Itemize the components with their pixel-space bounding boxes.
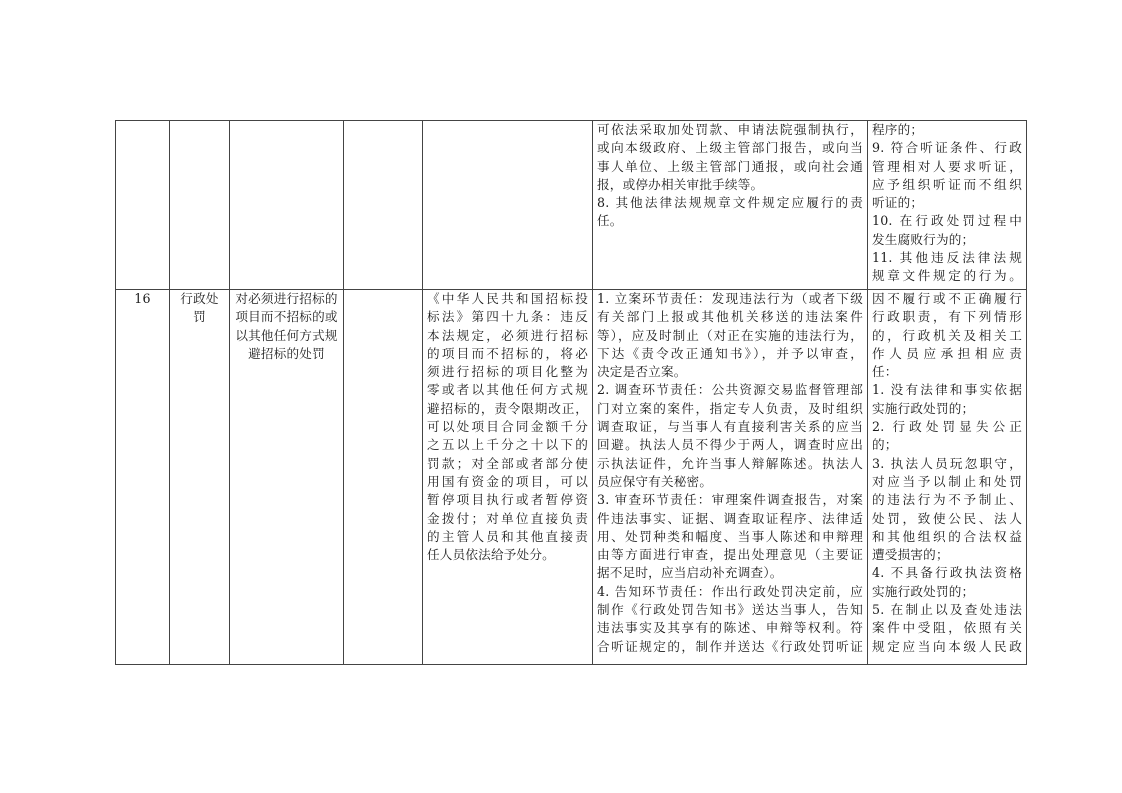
text-line: 因不履行或不正确履行 — [872, 290, 1022, 308]
table-row-continued: 可依法采取加处罚款、申请法院强制执行， 或向本级政府、上级主管部门报告，或向当 … — [116, 121, 1027, 290]
text-line: 行政职责，有下列情形 — [872, 308, 1022, 326]
text-line: 件违法事实、证据、调查取证程序、法律适 — [597, 510, 863, 528]
text-line: 暂停项目执行或者暂停资 — [427, 491, 588, 509]
text-line: 《中华人民共和国招标投 — [427, 290, 588, 308]
cell-accountability: 程序的； 9. 符合听证条件、行政 管理相对人要求听证， 应予组织听证而不组织 … — [868, 121, 1027, 290]
text-line: 用国有资金的项目，可以 — [427, 473, 588, 491]
table-row-16: 16 行政处罚 对必须进行招标的项目而不招标的或以其他任何方式规避招标的处罚 《… — [116, 290, 1027, 665]
responsibility-table: 可依法采取加处罚款、申请法院强制执行， 或向本级政府、上级主管部门报告，或向当 … — [115, 120, 1027, 665]
text-line: 作人员应承担相应责 — [872, 345, 1022, 363]
text-line: 3. 审查环节责任：审理案件调查报告，对案 — [597, 491, 863, 509]
text-line: 下达《责令改正通知书》），并予以审查， — [597, 345, 863, 363]
cell-responsibility: 可依法采取加处罚款、申请法院强制执行， 或向本级政府、上级主管部门报告，或向当 … — [593, 121, 868, 290]
text-line: 决定是否立案。 — [597, 363, 863, 381]
text-line: 标法》第四十九条：违反 — [427, 308, 588, 326]
text-line: 违法事实及其享有的陈述、申辩等权利。符 — [597, 619, 863, 637]
text-line: 避招标的，责令限期改正， — [427, 400, 588, 418]
text-line: 任。 — [597, 212, 863, 230]
text-line: 5. 在制止以及查处违法 — [872, 601, 1022, 619]
text-line: 案件中受阻，依照有关 — [872, 619, 1022, 637]
text-line: 员应保守有关秘密。 — [597, 473, 863, 491]
text-line: 1. 立案环节责任：发现违法行为（或者下级 — [597, 290, 863, 308]
text-line: 11. 其他违反法律法规 — [872, 249, 1022, 267]
text-line: 可依法采取加处罚款、申请法院强制执行， — [597, 121, 863, 139]
text-line: 门对立案的案件，指定专人负责，及时组织 — [597, 400, 863, 418]
cell-item-name — [230, 121, 344, 290]
text-line: 的违法行为不予制止、 — [872, 491, 1022, 509]
text-line: 等），应及时制止（对正在实施的违法行为， — [597, 327, 863, 345]
text-line: 4. 告知环节责任：作出行政处罚决定前，应 — [597, 583, 863, 601]
text-line: 应予组织听证而不组织 — [872, 176, 1022, 194]
text-line: 事人单位、上级主管部门通报，或向社会通 — [597, 158, 863, 176]
text-line: 报，或停办相关审批手续等。 — [597, 176, 863, 194]
text-line: 合听证规定的，制作并送达《行政处罚听证 — [597, 638, 863, 656]
text-line: 规定应当向本级人民政 — [872, 638, 1022, 656]
text-line: 4. 不具备行政执法资格 — [872, 564, 1022, 582]
cell-category — [170, 121, 230, 290]
cell-accountability: 因不履行或不正确履行 行政职责，有下列情形 的，行政机关及相关工 作人员应承担相… — [868, 290, 1027, 665]
text-line: 和其他组织的合法权益 — [872, 528, 1022, 546]
text-line: 须进行招标的项目化整为 — [427, 363, 588, 381]
text-line: 3. 执法人员玩忽职守， — [872, 455, 1022, 473]
text-line: 程序的； — [872, 121, 1022, 139]
text-line: 发生腐败行为的； — [872, 231, 1022, 249]
text-line: 的，行政机关及相关工 — [872, 327, 1022, 345]
text-line: 制作《行政处罚告知书》送达当事人，告知 — [597, 601, 863, 619]
cell-item-name: 对必须进行招标的项目而不招标的或以其他任何方式规避招标的处罚 — [230, 290, 344, 665]
text-line: 实施行政处罚的； — [872, 400, 1022, 418]
text-line: 管理相对人要求听证， — [872, 158, 1022, 176]
text-line: 2. 行政处罚显失公正 — [872, 418, 1022, 436]
text-line: 或向本级政府、上级主管部门报告，或向当 — [597, 139, 863, 157]
cell-number — [116, 121, 170, 290]
text-line: 的主管人员和其他直接责 — [427, 528, 588, 546]
text-line: 9. 符合听证条件、行政 — [872, 139, 1022, 157]
text-line: 由等方面进行审查，提出处理意见（主要证 — [597, 546, 863, 564]
text-line: 本法规定，必须进行招标 — [427, 327, 588, 345]
text-line: 金拨付；对单位直接负责 — [427, 510, 588, 528]
text-line: 可以处项目合同金额千分 — [427, 418, 588, 436]
text-line: 的项目而不招标的，将必 — [427, 345, 588, 363]
text-line: 实施行政处罚的； — [872, 583, 1022, 601]
text-line: 遭受损害的； — [872, 546, 1022, 564]
cell-subitem — [344, 290, 423, 665]
text-line: 罚款；对全部或者部分使 — [427, 455, 588, 473]
text-line: 10. 在行政处罚过程中 — [872, 212, 1022, 230]
text-line: 有关部门上报或其他机关移送的违法案件 — [597, 308, 863, 326]
text-line: 规章文件规定的行为。 — [872, 267, 1022, 285]
text-line: 调查取证，与当事人有直接利害关系的应当 — [597, 418, 863, 436]
cell-responsibility: 1. 立案环节责任：发现违法行为（或者下级 有关部门上报或其他机关移送的违法案件… — [593, 290, 868, 665]
text-line: 之五以上千分之十以下的 — [427, 436, 588, 454]
text-line: 用、处罚种类和幅度、当事人陈述和申辩理 — [597, 528, 863, 546]
text-line: 示执法证件，允许当事人辩解陈述。执法人 — [597, 455, 863, 473]
text-line: 零或者以其他任何方式规 — [427, 381, 588, 399]
text-line: 的； — [872, 436, 1022, 454]
text-line: 1. 没有法律和事实依据 — [872, 381, 1022, 399]
text-line: 2. 调查环节责任：公共资源交易监督管理部 — [597, 381, 863, 399]
text-line: 处罚，致使公民、法人 — [872, 510, 1022, 528]
cell-category: 行政处罚 — [170, 290, 230, 665]
cell-subitem — [344, 121, 423, 290]
cell-legal-basis: 《中华人民共和国招标投 标法》第四十九条：违反 本法规定，必须进行招标 的项目而… — [423, 290, 593, 665]
text-line: 对应当予以制止和处罚 — [872, 473, 1022, 491]
text-line: 回避。执法人员不得少于两人，调查时应出 — [597, 436, 863, 454]
text-line: 任人员依法给予处分。 — [427, 546, 588, 564]
cell-legal-basis — [423, 121, 593, 290]
cell-number: 16 — [116, 290, 170, 665]
text-line: 任： — [872, 363, 1022, 381]
text-line: 听证的； — [872, 194, 1022, 212]
text-line: 据不足时，应当启动补充调查）。 — [597, 564, 863, 582]
text-line: 8. 其他法律法规规章文件规定应履行的责 — [597, 194, 863, 212]
